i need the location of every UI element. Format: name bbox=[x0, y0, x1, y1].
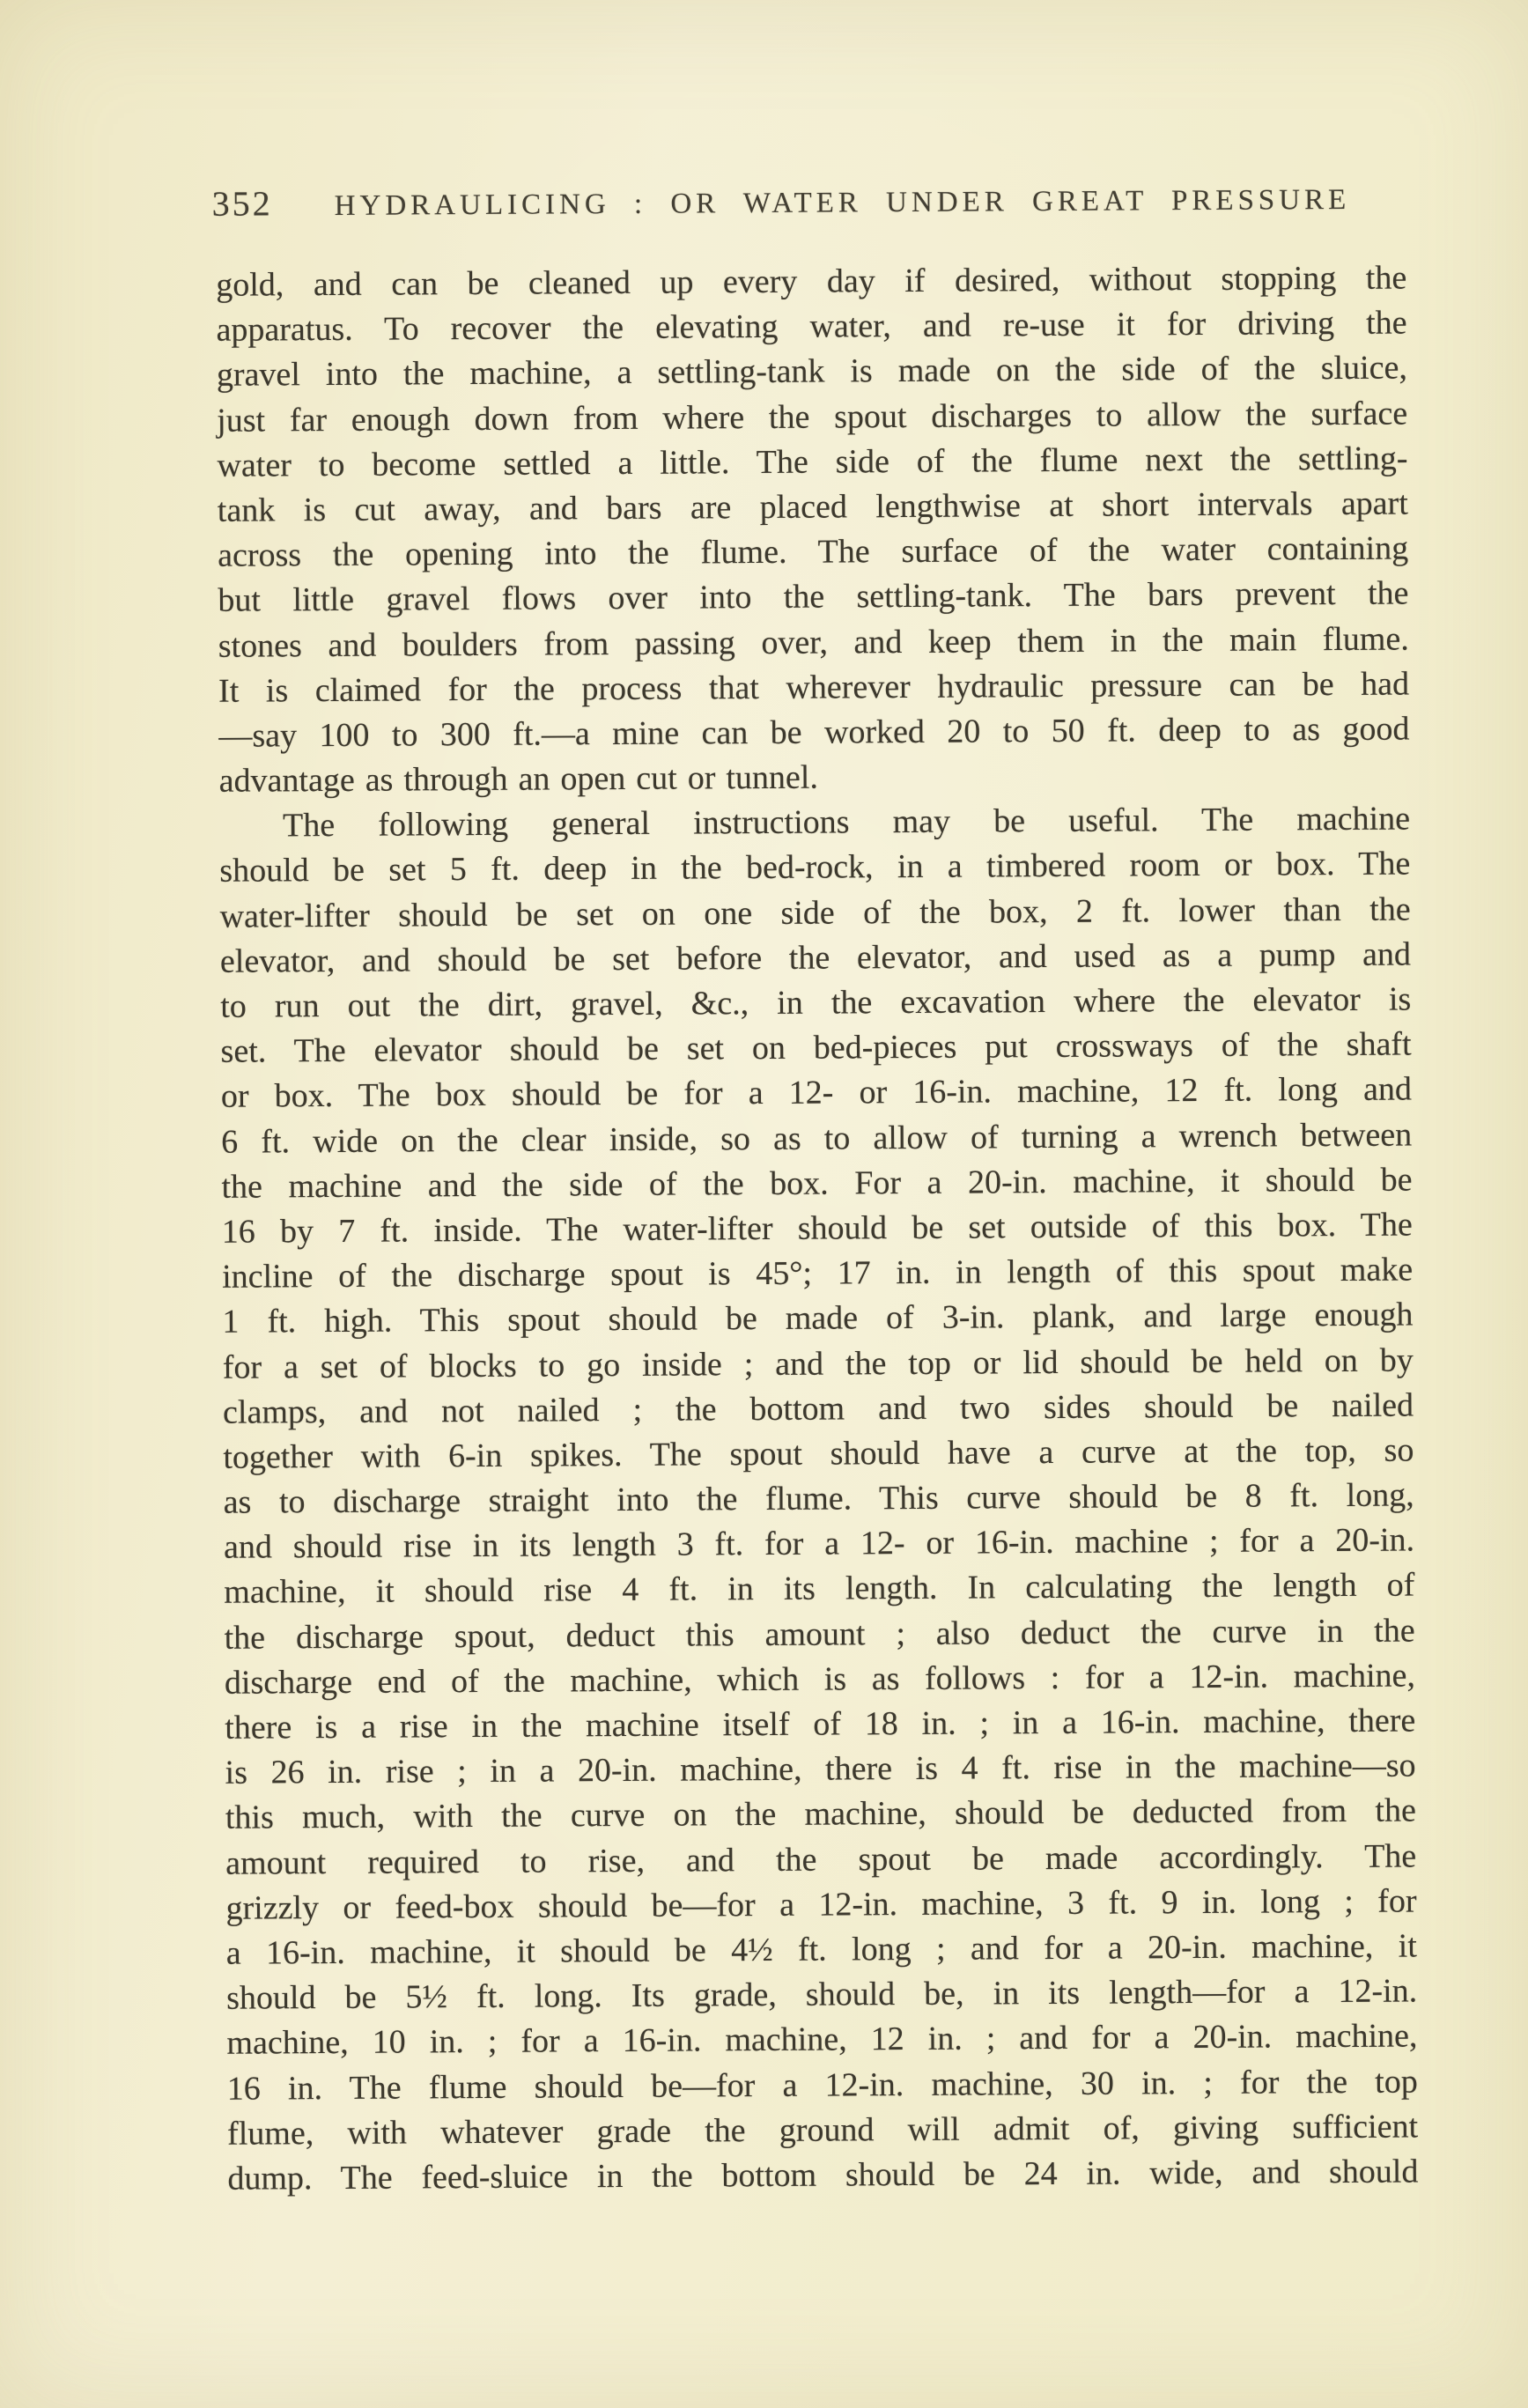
text-line: just far enough down from where the spou… bbox=[217, 391, 1407, 443]
text-line: water-lifter should be set on one side o… bbox=[220, 887, 1411, 939]
text-line: as to discharge straight into the flume.… bbox=[224, 1474, 1414, 1525]
text-line: tank is cut away, and bars are placed le… bbox=[218, 481, 1408, 533]
text-line: together with 6-in spikes. The spout sho… bbox=[223, 1428, 1414, 1480]
text-line: 16 in. The flume should be—for a 12-in. … bbox=[227, 2059, 1418, 2111]
text-line: gold, and can be cleaned up every day if… bbox=[216, 256, 1406, 308]
text-line: dump. The feed-sluice in the bottom shou… bbox=[227, 2149, 1418, 2201]
text-line: machine, 10 in. ; for a 16-in. machine, … bbox=[226, 2014, 1417, 2066]
text-line: 16 by 7 ft. inside. The water-lifter sho… bbox=[222, 1202, 1413, 1254]
page-content: 352 HYDRAULICING : OR WATER UNDER GREAT … bbox=[0, 0, 1528, 2408]
text-line: It is claimed for the process that where… bbox=[218, 661, 1409, 713]
book-page: 352 HYDRAULICING : OR WATER UNDER GREAT … bbox=[0, 0, 1528, 2408]
text-line: gravel into the machine, a settling-tank… bbox=[217, 346, 1407, 398]
text-line: stones and boulders from passing over, a… bbox=[218, 617, 1409, 668]
text-line: 1 ft. high. This spout should be made of… bbox=[222, 1293, 1413, 1345]
text-line: should be 5½ ft. long. Its grade, should… bbox=[226, 1969, 1417, 2021]
text-line: flume, with whatever grade the ground wi… bbox=[227, 2104, 1418, 2156]
running-title: HYDRAULICING : OR WATER UNDER GREAT PRES… bbox=[335, 184, 1351, 223]
text-line: discharge end of the machine, which is a… bbox=[225, 1653, 1415, 1705]
text-line: —say 100 to 300 ft.—a mine can be worked… bbox=[218, 706, 1409, 758]
text-line: set. The elevator should be set on bed-p… bbox=[220, 1023, 1411, 1075]
text-line: across the opening into the flume. The s… bbox=[218, 527, 1408, 579]
text-line: for a set of blocks to go inside ; and t… bbox=[223, 1338, 1414, 1390]
text-line: there is a rise in the machine itself of… bbox=[225, 1698, 1415, 1750]
text-line: should be set 5 ft. deep in the bed-rock… bbox=[219, 842, 1410, 894]
text-line: advantage as through an open cut or tunn… bbox=[219, 752, 1410, 804]
text-line: grizzly or feed-box should be—for a 12-i… bbox=[225, 1879, 1416, 1931]
text-line: but little gravel flows over into the se… bbox=[218, 572, 1408, 624]
text-line: 6 ft. wide on the clear inside, so as to… bbox=[221, 1112, 1412, 1164]
running-header: 352 HYDRAULICING : OR WATER UNDER GREAT … bbox=[212, 176, 1410, 225]
text-line: this much, with the curve on the machine… bbox=[225, 1789, 1416, 1841]
text-line: or box. The box should be for a 12- or 1… bbox=[221, 1067, 1412, 1119]
text-line: to run out the dirt, gravel, &c., in the… bbox=[220, 978, 1411, 1030]
text-line: amount required to rise, and the spout b… bbox=[225, 1834, 1416, 1886]
text-line: a 16-in. machine, it should be 4½ ft. lo… bbox=[226, 1924, 1417, 1976]
body-text: gold, and can be cleaned up every day if… bbox=[216, 256, 1418, 2202]
text-line: apparatus. To recover the elevating wate… bbox=[216, 301, 1406, 353]
text-line: machine, it should rise 4 ft. in its len… bbox=[224, 1563, 1414, 1615]
page-number: 352 bbox=[212, 182, 273, 224]
text-line: the machine and the side of the box. For… bbox=[221, 1157, 1412, 1209]
text-line: The following general instructions may b… bbox=[219, 797, 1410, 849]
text-line: incline of the discharge spout is 45°; 1… bbox=[222, 1248, 1413, 1300]
text-line: elevator, and should be set before the e… bbox=[220, 932, 1411, 984]
text-line: clamps, and not nailed ; the bottom and … bbox=[223, 1383, 1414, 1435]
text-line: water to become settled a little. The si… bbox=[217, 436, 1407, 488]
text-line: is 26 in. rise ; in a 20-in. machine, th… bbox=[225, 1744, 1415, 1796]
text-line: and should rise in its length 3 ft. for … bbox=[224, 1518, 1414, 1570]
text-line: the discharge spout, deduct this amount … bbox=[225, 1608, 1415, 1660]
